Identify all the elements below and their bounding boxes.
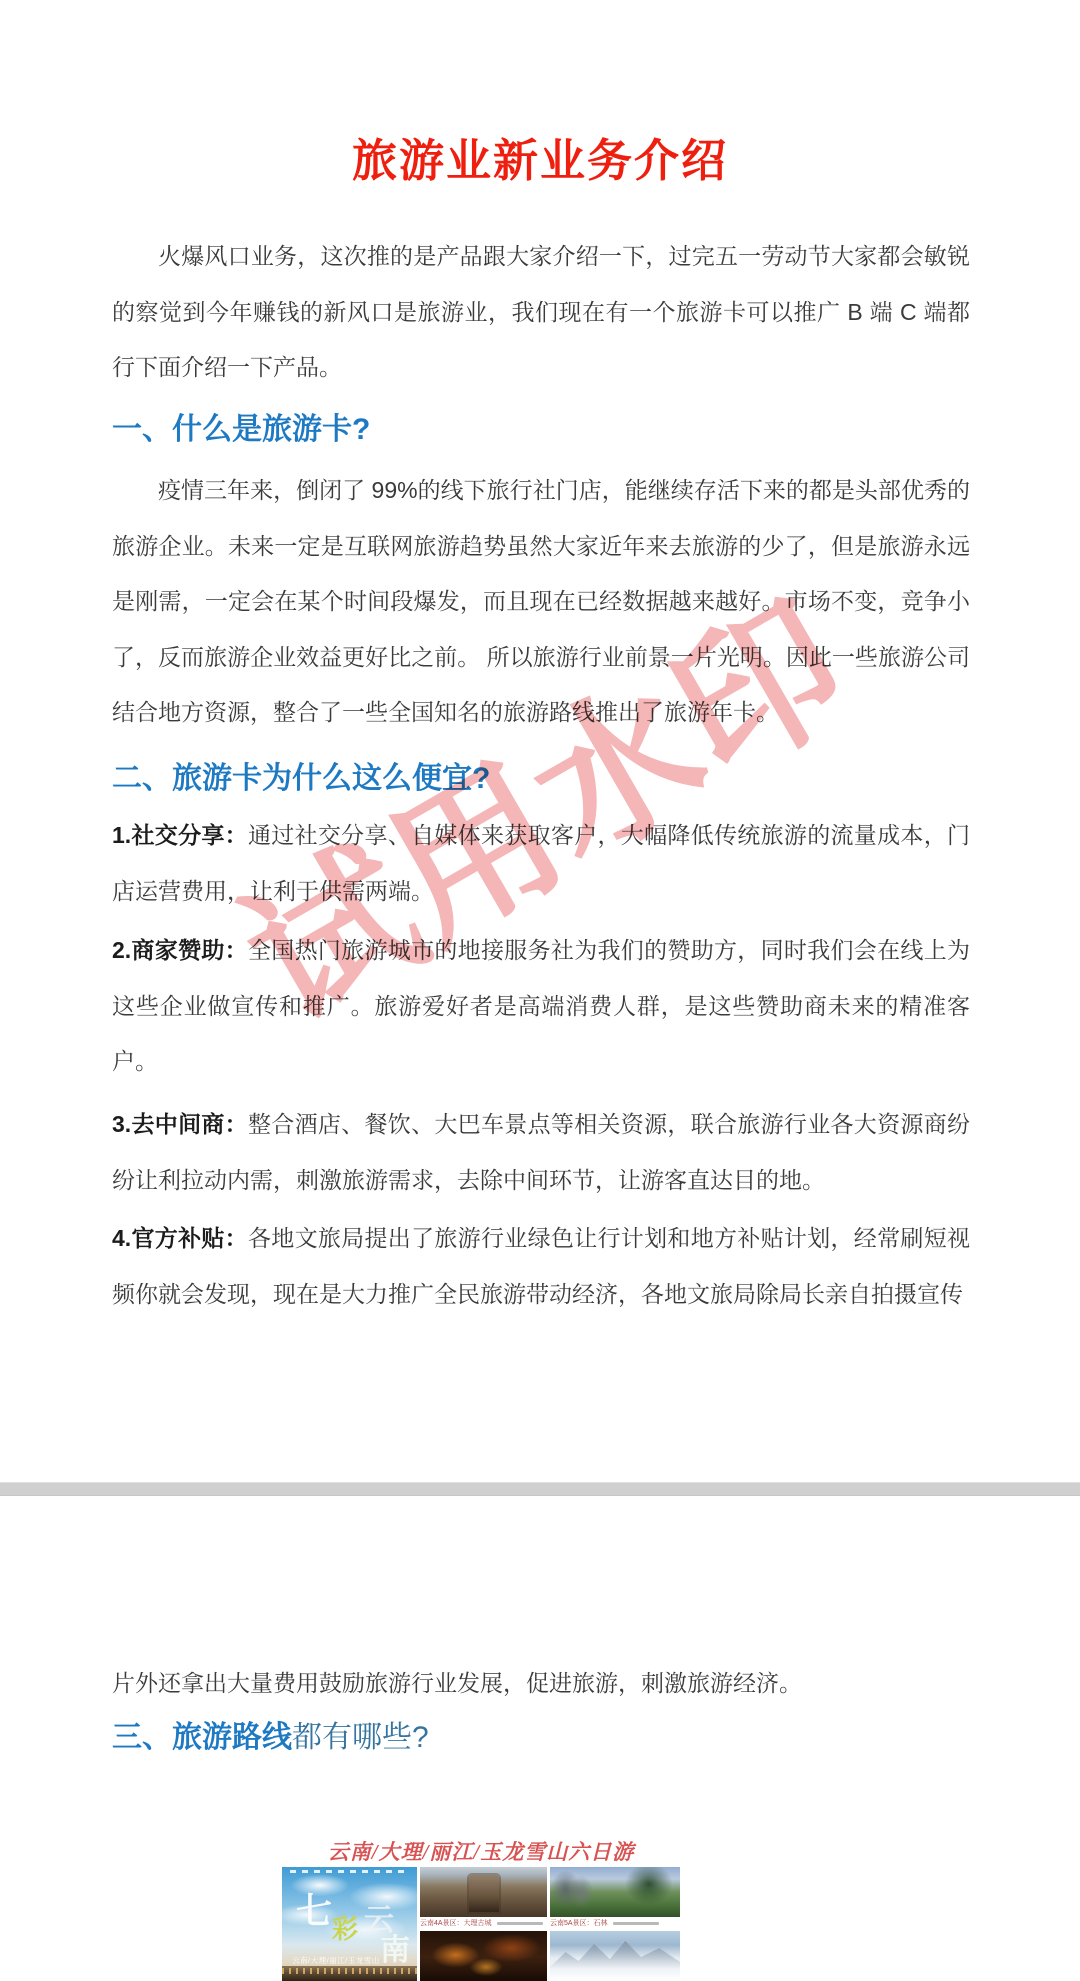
photo-caption-text: 云南5A景区：石林 [550,1920,608,1927]
section-1-paragraph: 疫情三年来，倒闭了 99%的线下旅行社门店，能继续存活下来的都是头部优秀的旅游企… [112,463,970,741]
section-heading-1: 一、什么是旅游卡? [112,413,970,447]
section-heading-3-bold: 三、旅游路线 [112,1721,292,1754]
bridge-graphic [282,1966,417,1981]
list-item-merchant-sponsor: 2.商家赞助：全国热门旅游城市的地接服务社为我们的赞助方，同时我们会在线上为这些… [112,923,970,1090]
page-title: 旅游业新业务介绍 [0,124,1080,189]
section-heading-2: 二、旅游卡为什么这么便宜? [112,762,970,796]
list-item-label: 2.商家赞助： [112,937,248,963]
list-item-official-subsidy: 4.官方补贴：各地文旅局提出了旅游行业绿色让行计划和地方补贴计划，经常刷短视频你… [112,1211,970,1322]
photo-stone-forest [550,1867,680,1917]
list-item-label: 4.官方补贴： [112,1225,248,1251]
photo-snow-mountain [550,1931,680,1981]
brochure-title: 云南/大理/丽江/玉龙雪山六日游 [282,1836,680,1866]
photo-ancient-town [420,1867,547,1917]
list-item-no-middleman: 3.去中间商：整合酒店、餐饮、大巴车景点等相关资源，联合旅游行业各大资源商纷纷让… [112,1097,970,1208]
document-page: 旅游业新业务介绍 火爆风口业务，这次推的是产品跟大家介绍一下，过完五一劳动节大家… [0,0,1080,1981]
continued-paragraph: 片外还拿出大量费用鼓励旅游行业发展，促进旅游，刺激旅游经济。 [112,1656,970,1712]
poster-art-char: 七 [296,1883,332,1934]
photo-caption-shilin: 云南5A景区：石林 [550,1917,680,1931]
page-break-divider [0,1482,1080,1496]
caption-blur-bar [497,1922,543,1925]
photo-caption-dali: 云南4A景区：大理古城 [420,1917,547,1931]
list-item-social-share: 1.社交分享：通过社交分享、自媒体来获取客户，大幅降低传统旅游的流量成本，门店运… [112,808,970,919]
list-item-label: 3.去中间商： [112,1111,248,1137]
poster-art-char: 彩 [332,1909,358,1946]
brochure-poster: 七 彩 云 南 云南/大理/丽江/玉龙雪山 六日游 [282,1867,417,1981]
list-item-label: 1.社交分享： [112,822,248,848]
section-heading-3: 三、旅游路线都有哪些? [112,1721,970,1755]
caption-blur-bar [613,1922,659,1925]
photo-caption-text: 云南4A景区：大理古城 [420,1920,492,1927]
photo-night-scene [420,1931,547,1981]
section-heading-3-rest: 都有哪些? [292,1721,429,1754]
poster-topbar-graphic [290,1870,409,1873]
travel-brochure-image: 云南/大理/丽江/玉龙雪山六日游 七 彩 云 南 云南/大理/丽江/玉龙雪山 六… [282,1836,680,1981]
poster-art-char: 南 [380,1925,410,1969]
intro-paragraph: 火爆风口业务，这次推的是产品跟大家介绍一下，过完五一劳动节大家都会敏锐的察觉到今… [112,229,970,396]
